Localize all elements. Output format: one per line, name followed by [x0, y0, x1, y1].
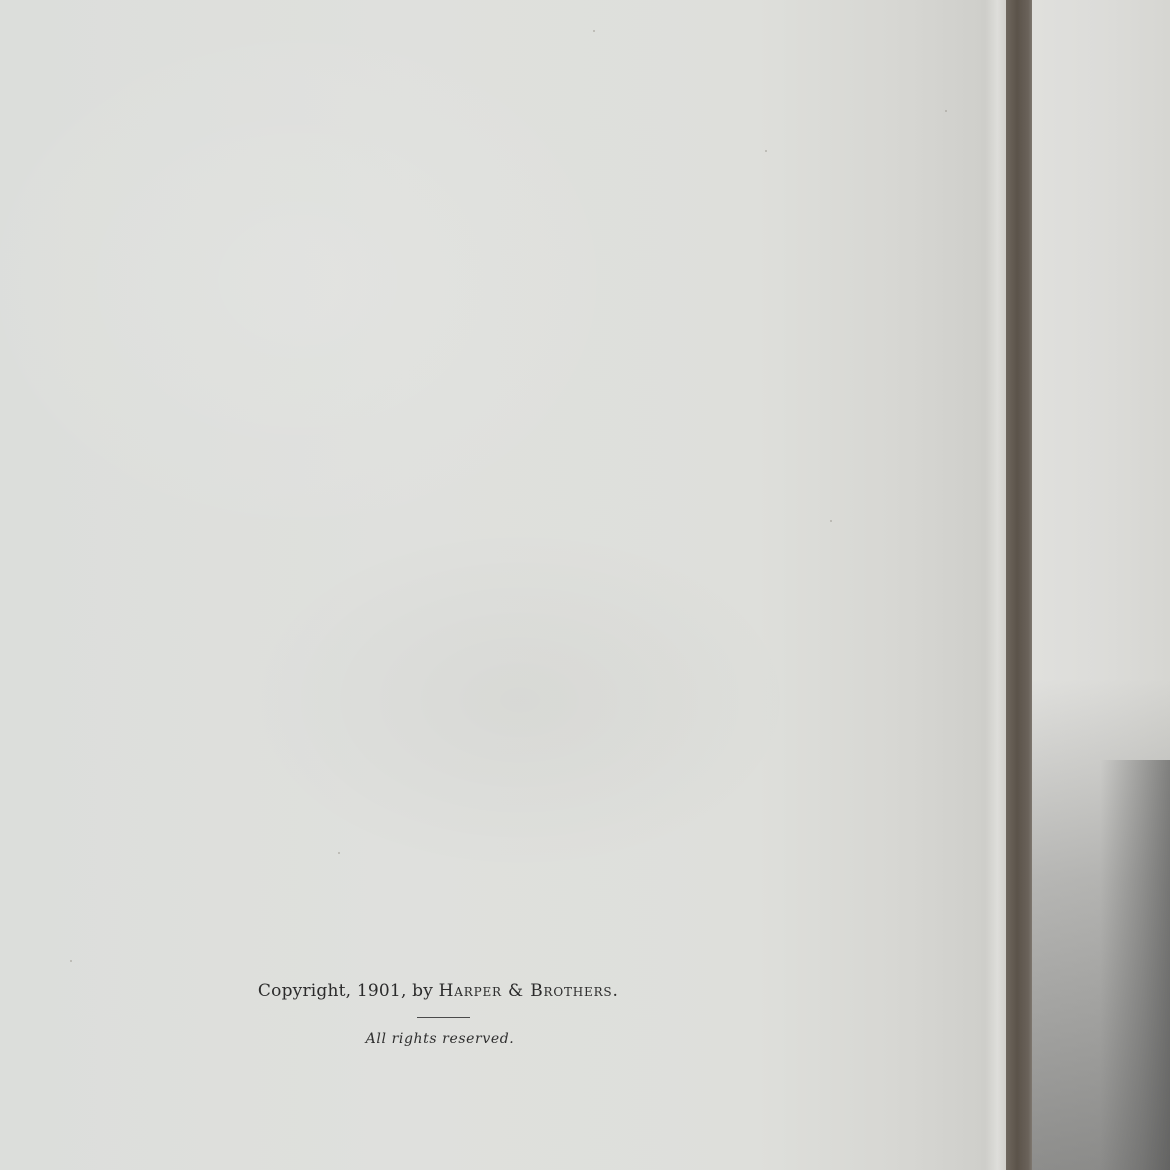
- paper-speck: [765, 150, 767, 152]
- copyright-prefix: Copyright, 1901, by: [258, 981, 439, 1001]
- copyright-suffix: .: [612, 981, 618, 1001]
- book-page-left: Copyright, 1901, by Harper & Brothers. A…: [0, 0, 1010, 1170]
- publisher-name: Harper & Brothers: [439, 981, 613, 1001]
- cast-shadow: [1100, 760, 1170, 1170]
- divider-rule: [417, 1017, 470, 1018]
- paper-speck: [338, 852, 340, 854]
- copyright-line: Copyright, 1901, by Harper & Brothers.: [0, 981, 876, 1001]
- book-gutter: [1006, 0, 1034, 1170]
- paper-speck: [593, 30, 595, 32]
- paper-speck: [830, 520, 832, 522]
- paper-speck: [70, 960, 72, 962]
- rights-notice: All rights reserved.: [0, 1031, 880, 1047]
- paper-speck: [945, 110, 947, 112]
